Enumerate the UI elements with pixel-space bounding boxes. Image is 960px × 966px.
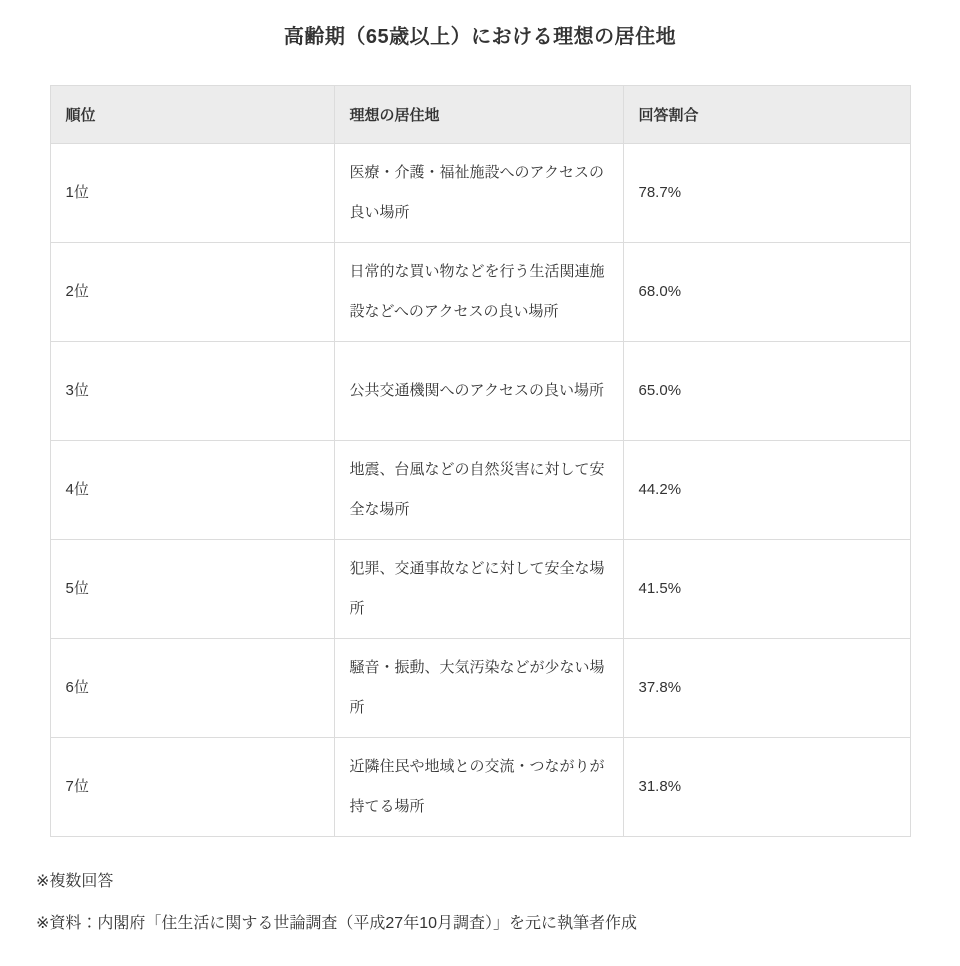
percentage-cell: 78.7%: [623, 144, 910, 243]
note-source: ※資料：内閣府「住生活に関する世論調査（平成27年10月調査）」を元に執筆者作成: [36, 914, 960, 934]
rank-cell: 6位: [50, 639, 334, 738]
place-cell: 地震、台風などの自然災害に対して安全な場所: [334, 441, 623, 540]
place-cell: 近隣住民や地域との交流・つながりが持てる場所: [334, 738, 623, 837]
table-row: 7位 近隣住民や地域との交流・つながりが持てる場所 31.8%: [50, 738, 910, 837]
place-cell: 騒音・振動、大気汚染などが少ない場所: [334, 639, 623, 738]
rank-cell: 1位: [50, 144, 334, 243]
percentage-cell: 37.8%: [623, 639, 910, 738]
place-cell: 日常的な買い物などを行う生活関連施設などへのアクセスの良い場所: [334, 243, 623, 342]
place-cell: 犯罪、交通事故などに対して安全な場所: [334, 540, 623, 639]
percentage-cell: 68.0%: [623, 243, 910, 342]
rank-cell: 7位: [50, 738, 334, 837]
rank-cell: 2位: [50, 243, 334, 342]
percentage-cell: 31.8%: [623, 738, 910, 837]
percentage-cell: 44.2%: [623, 441, 910, 540]
note-multiple-answers: ※複数回答: [36, 872, 960, 892]
table-row: 6位 騒音・振動、大気汚染などが少ない場所 37.8%: [50, 639, 910, 738]
place-cell: 公共交通機関へのアクセスの良い場所: [334, 342, 623, 441]
place-cell: 医療・介護・福祉施設へのアクセスの良い場所: [334, 144, 623, 243]
table-header-row: 順位 理想の居住地 回答割合: [50, 86, 910, 144]
table-row: 1位 医療・介護・福祉施設へのアクセスの良い場所 78.7%: [50, 144, 910, 243]
rank-cell: 3位: [50, 342, 334, 441]
footnotes: ※複数回答 ※資料：内閣府「住生活に関する世論調査（平成27年10月調査）」を元…: [36, 872, 960, 934]
column-header-percentage: 回答割合: [623, 86, 910, 144]
percentage-cell: 65.0%: [623, 342, 910, 441]
ideal-residence-table: 順位 理想の居住地 回答割合 1位 医療・介護・福祉施設へのアクセスの良い場所 …: [50, 85, 911, 837]
table-row: 5位 犯罪、交通事故などに対して安全な場所 41.5%: [50, 540, 910, 639]
column-header-place: 理想の居住地: [334, 86, 623, 144]
rank-cell: 5位: [50, 540, 334, 639]
column-header-rank: 順位: [50, 86, 334, 144]
percentage-cell: 41.5%: [623, 540, 910, 639]
page-title: 高齢期（65歳以上）における理想の居住地: [0, 20, 960, 49]
table-row: 3位 公共交通機関へのアクセスの良い場所 65.0%: [50, 342, 910, 441]
rank-cell: 4位: [50, 441, 334, 540]
table-row: 4位 地震、台風などの自然災害に対して安全な場所 44.2%: [50, 441, 910, 540]
table-row: 2位 日常的な買い物などを行う生活関連施設などへのアクセスの良い場所 68.0%: [50, 243, 910, 342]
